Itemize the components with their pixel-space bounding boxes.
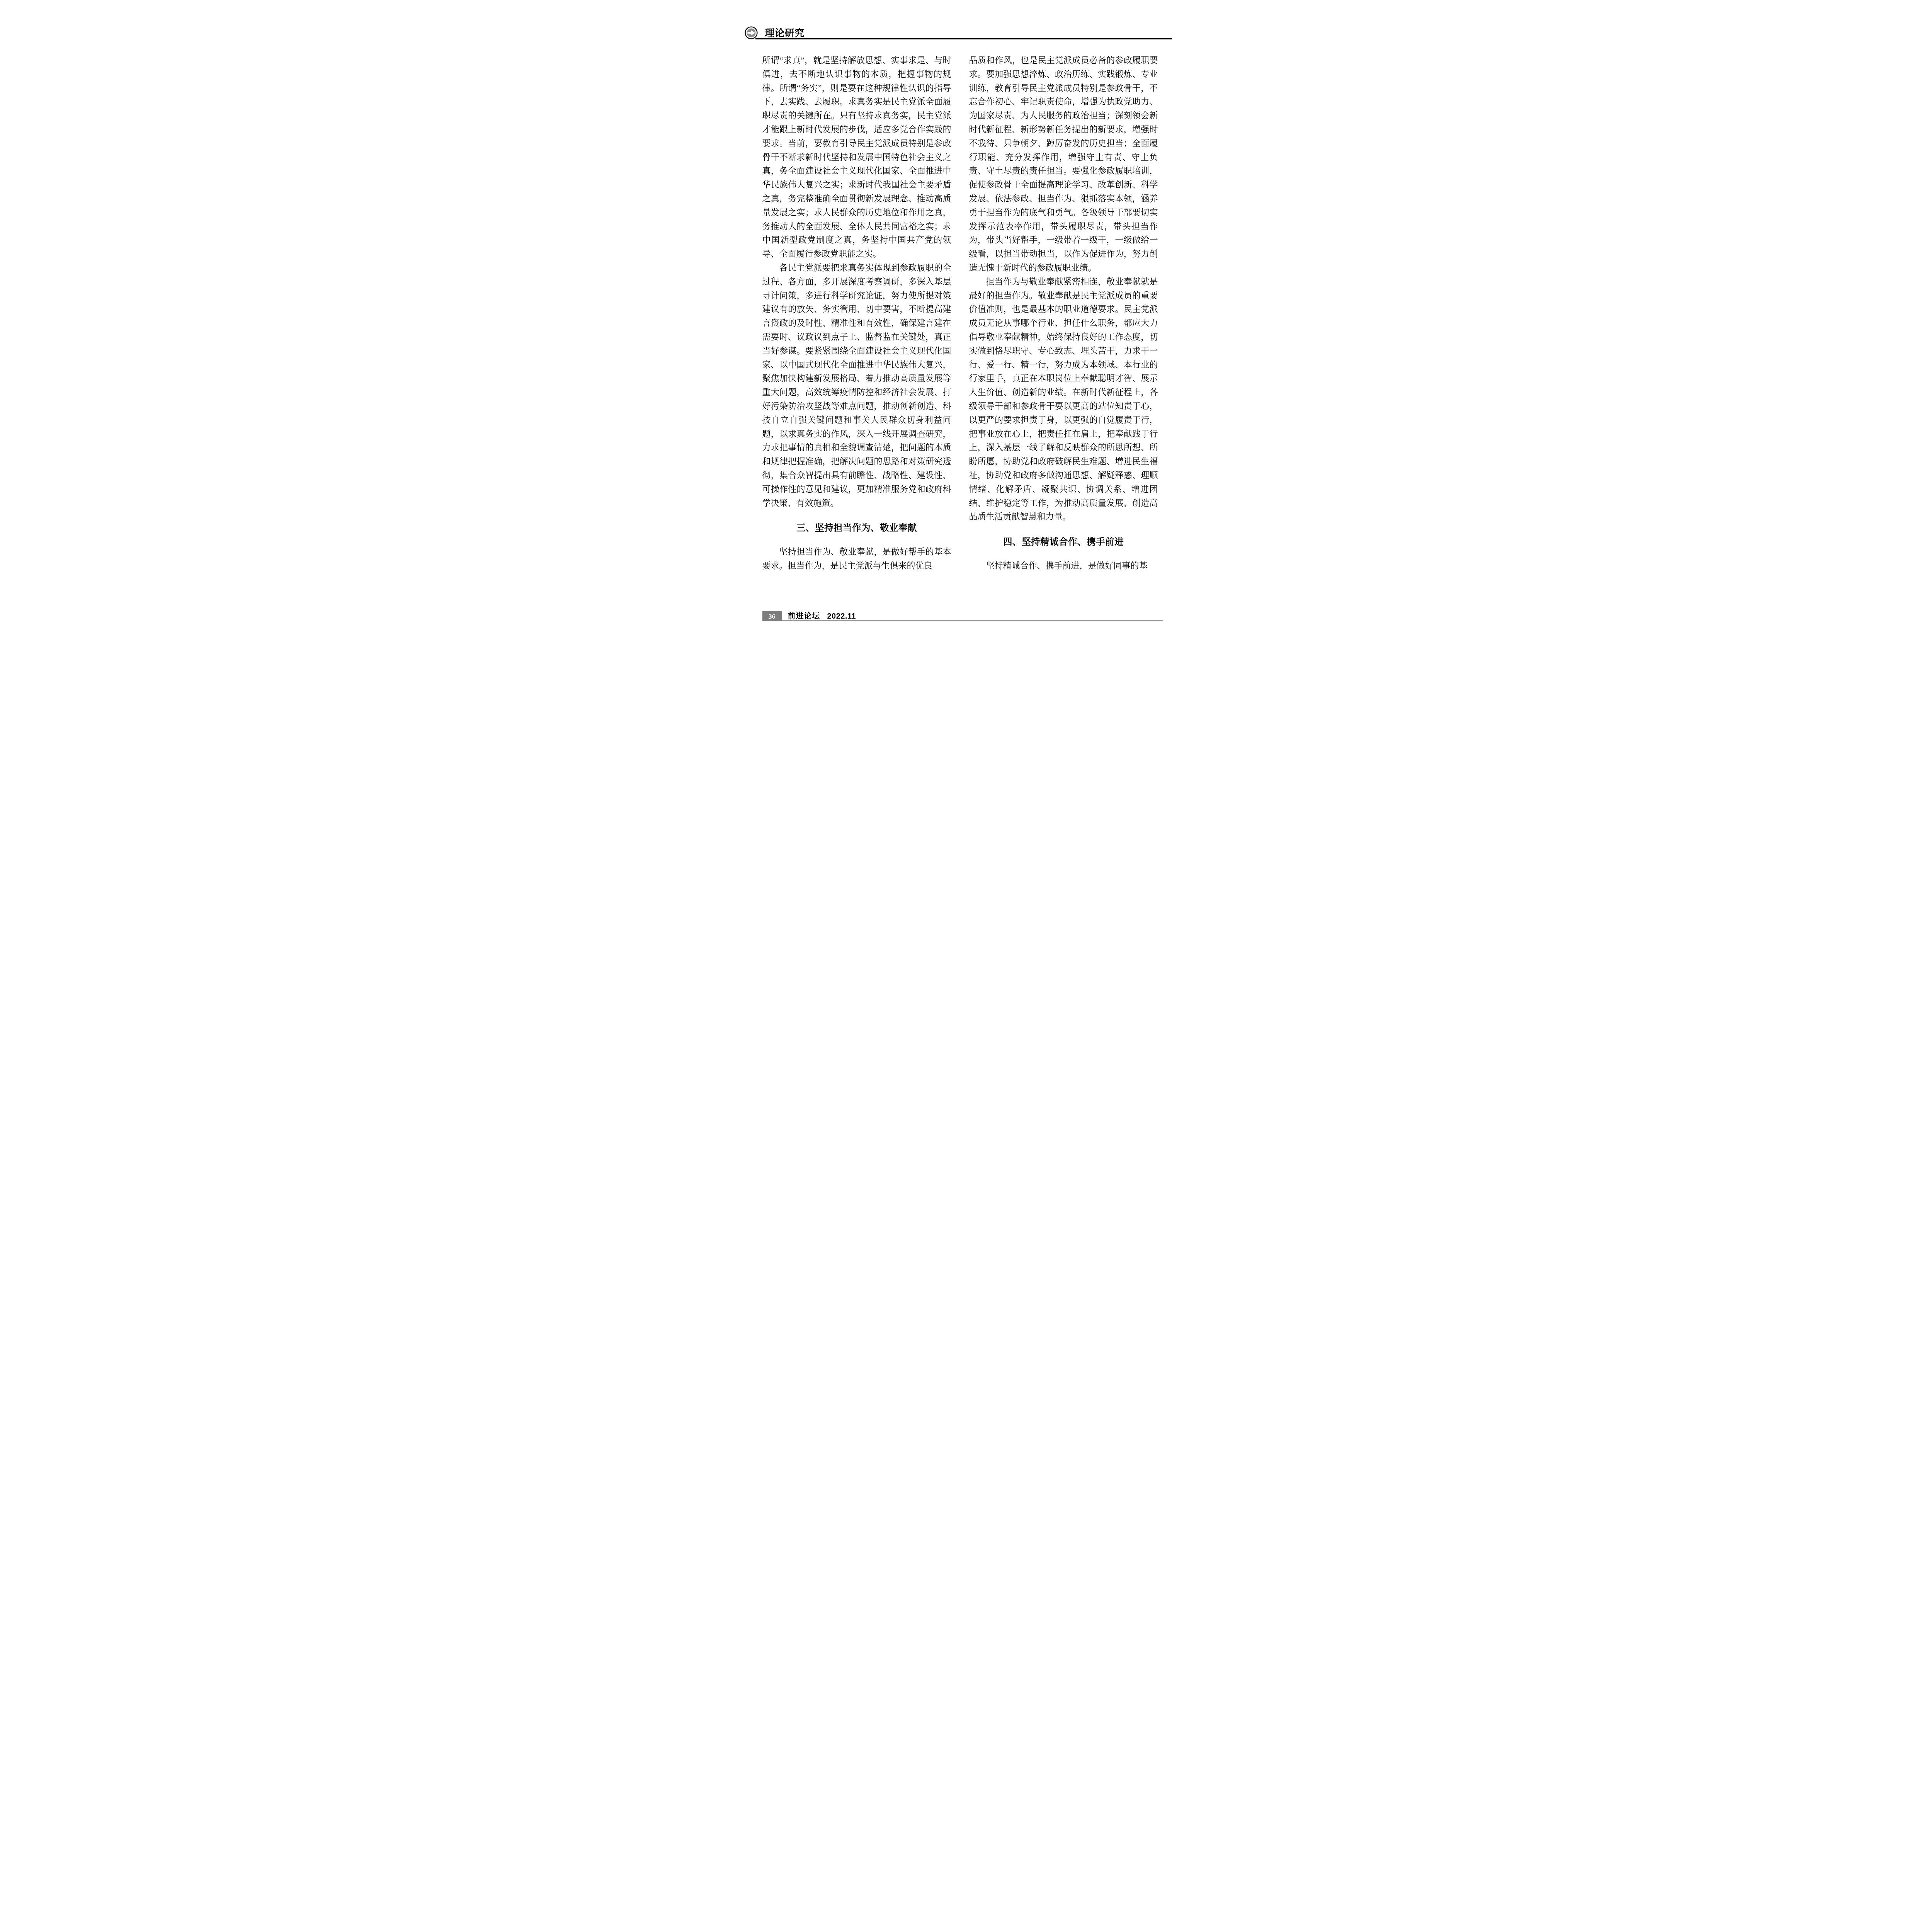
journal-title: 前进论坛 (788, 611, 820, 622)
paragraph: 所谓“求真”，就是坚持解放思想、实事求是、与时俱进，去不断地认识事物的本质，把握… (762, 53, 951, 261)
paragraph: 担当作为与敬业奉献紧密相连，敬业奉献就是最好的担当作为。敬业奉献是民主党派成员的… (969, 275, 1158, 524)
arrow-right-circle-icon (744, 26, 758, 40)
section-heading: 三、坚持担当作为、敬业奉献 (762, 521, 951, 535)
header-rule (755, 38, 1172, 39)
section-banner-title: 理论研究 (765, 27, 805, 40)
page-number-badge: 36 (762, 611, 782, 621)
journal-page: 理论研究 所谓“求真”，就是坚持解放思想、实事求是、与时俱进，去不断地认识事物的… (719, 0, 1198, 650)
paragraph: 坚持精诚合作、携手前进，是做好同事的基 (969, 559, 1158, 573)
issue-number: 2022.11 (827, 611, 856, 622)
section-heading: 四、坚持精诚合作、携手前进 (969, 535, 1158, 549)
left-column: 所谓“求真”，就是坚持解放思想、实事求是、与时俱进，去不断地认识事物的本质，把握… (762, 53, 951, 573)
paragraph: 品质和作风，也是民主党派成员必备的参政履职要求。要加强思想淬炼、政治历练、实践锻… (969, 53, 1158, 275)
right-column: 品质和作风，也是民主党派成员必备的参政履职要求。要加强思想淬炼、政治历练、实践锻… (969, 53, 1158, 573)
paragraph: 各民主党派要把求真务实体现到参政履职的全过程、各方面，多开展深度考察调研，多深入… (762, 261, 951, 510)
paragraph: 坚持担当作为、敬业奉献，是做好帮手的基本要求。担当作为，是民主党派与生俱来的优良 (762, 545, 951, 573)
